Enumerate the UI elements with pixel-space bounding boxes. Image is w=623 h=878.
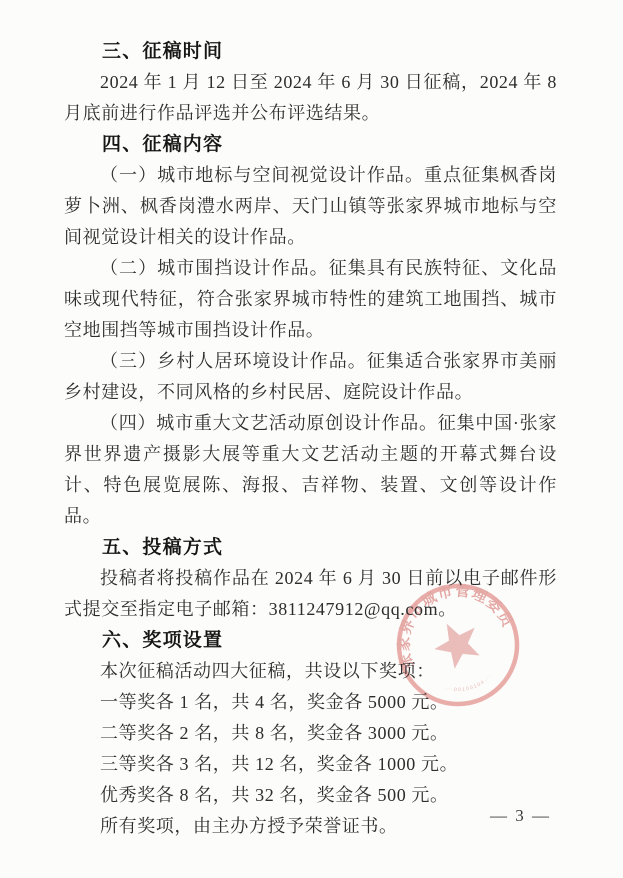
document-body: 三、征稿时间 2024 年 1 月 12 日至 2024 年 6 月 30 日征… — [0, 0, 623, 842]
paragraph-submission-method: 投稿者将投稿作品在 2024 年 6 月 30 日前以电子邮件形式提交至指定电子… — [64, 563, 557, 625]
award-line-second-prize: 二等奖各 2 名，共 8 名，奖金各 3000 元。 — [64, 718, 557, 749]
section-heading-awards: 六、奖项设置 — [64, 625, 557, 656]
paragraph-submission-time: 2024 年 1 月 12 日至 2024 年 6 月 30 日征稿，2024 … — [64, 67, 557, 129]
scanned-document-page: 三、征稿时间 2024 年 1 月 12 日至 2024 年 6 月 30 日征… — [0, 0, 623, 878]
award-line-first-prize: 一等奖各 1 名，共 4 名，奖金各 5000 元。 — [64, 687, 557, 718]
paragraph-content-item-1: （一）城市地标与空间视觉设计作品。重点征集枫香岗萝卜洲、枫香岗澧水两岸、天门山镇… — [64, 160, 557, 253]
section-heading-submission-time: 三、征稿时间 — [64, 36, 557, 67]
section-heading-submission-method: 五、投稿方式 — [64, 532, 557, 563]
page-number: — 3 — — [490, 806, 551, 826]
award-line-certificates: 所有奖项，由主办方授予荣誉证书。 — [64, 811, 557, 842]
award-line-third-prize: 三等奖各 3 名，共 12 名，奖金各 1000 元。 — [64, 749, 557, 780]
paragraph-content-item-3: （三）乡村人居环境设计作品。征集适合张家界市美丽乡村建设，不同风格的乡村民居、庭… — [64, 346, 557, 408]
paragraph-content-item-2: （二）城市围挡设计作品。征集具有民族特征、文化品味或现代特征，符合张家界城市特性… — [64, 253, 557, 346]
award-line-intro: 本次征稿活动四大征稿，共设以下奖项： — [64, 656, 557, 687]
paragraph-content-item-4: （四）城市重大文艺活动原创设计作品。征集中国·张家界世界遗产摄影大展等重大文艺活… — [64, 408, 557, 532]
section-heading-submission-content: 四、征稿内容 — [64, 129, 557, 160]
award-line-excellence-prize: 优秀奖各 8 名，共 32 名，奖金各 500 元。 — [64, 780, 557, 811]
